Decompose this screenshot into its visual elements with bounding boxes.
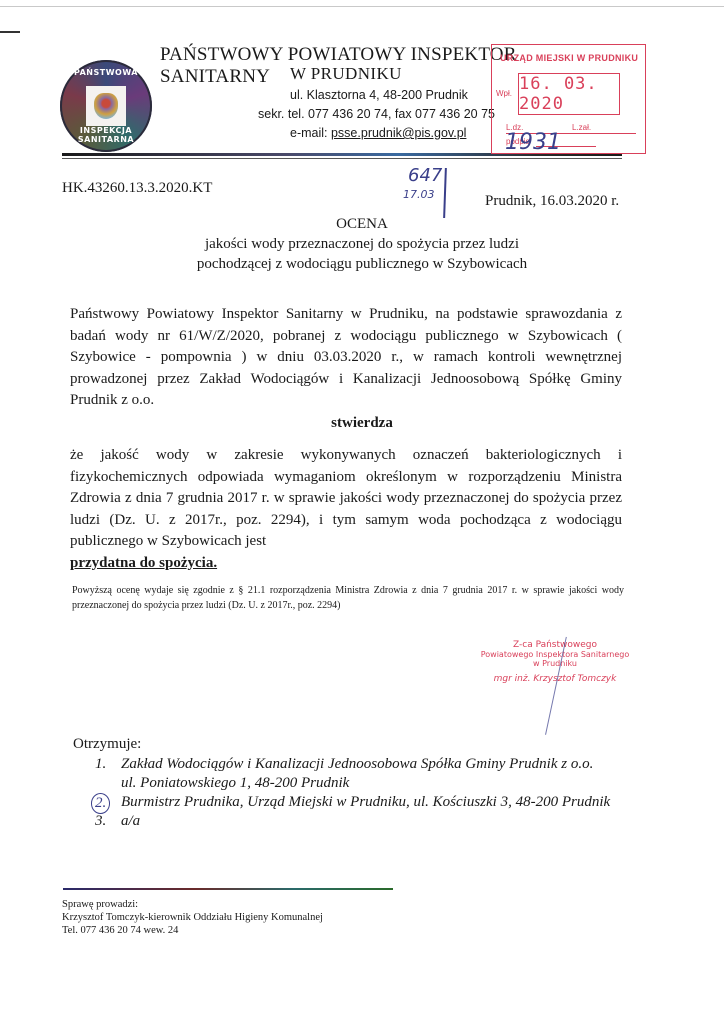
determination-verb: stwierdza xyxy=(0,415,724,432)
document-title: OCENA xyxy=(0,216,724,233)
signature-stamp: Z-ca Państwowego Powiatowego Inspektora … xyxy=(470,640,640,684)
handwritten-registry-number: 1931 xyxy=(505,130,561,155)
recipient-address: ul. Poniatowskiego 1, 48-200 Prudnik xyxy=(121,775,349,791)
place-date: Prudnik, 16.03.2020 r. xyxy=(485,193,619,210)
institution-subtitle: W PRUDNIKU xyxy=(290,64,402,84)
sanitary-inspection-logo: PAŃSTWOWA INSPEKCJA SANITARNA xyxy=(60,60,152,152)
stamp-date: 16. 03. 2020 xyxy=(518,73,620,115)
handwritten-number: 647 xyxy=(408,165,442,186)
logo-top-text: PAŃSTWOWA xyxy=(60,68,152,77)
body-paragraph-2: że jakość wody w zakresie wykonywanych o… xyxy=(70,445,622,574)
email-link[interactable]: psse.prudnik@pis.gov.pl xyxy=(331,126,466,140)
handwritten-date: 17.03 xyxy=(403,188,435,201)
recipients-list: 1. Zakład Wodociągów i Kanalizacji Jedno… xyxy=(95,755,610,831)
signature-line-2: Powiatowego Inspektora Sanitarnego xyxy=(470,650,640,659)
recipient-text: a/a xyxy=(121,813,140,829)
recipient-number-circled: 2. xyxy=(91,793,110,814)
recipient-item: 2. Burmistrz Prudnika, Urząd Miejski w P… xyxy=(95,793,610,812)
footer-divider xyxy=(63,888,393,890)
institution-email: e-mail: psse.prudnik@pis.gov.pl xyxy=(290,126,466,140)
header-divider-thin xyxy=(62,158,622,159)
recipient-number: 1. xyxy=(95,755,106,774)
recipients-label: Otrzymuje: xyxy=(73,736,141,753)
footer-label: Sprawę prowadzi: xyxy=(62,898,323,911)
recipient-text: Burmistrz Prudnika, Urząd Miejski w Prud… xyxy=(121,794,610,810)
recipient-item: 1. Zakład Wodociągów i Kanalizacji Jedno… xyxy=(95,755,610,793)
handwritten-stroke xyxy=(443,168,446,218)
fold-mark xyxy=(0,31,20,33)
eagle-emblem-icon xyxy=(94,93,118,119)
reference-number: HK.43260.13.3.2020.KT xyxy=(62,180,212,197)
stamp-lzal-label: L.zał. xyxy=(572,123,591,132)
scan-edge-line xyxy=(0,6,724,7)
verdict: przydatna do spożycia. xyxy=(70,555,217,571)
signature-line-1: Z-ca Państwowego xyxy=(470,640,640,650)
findings-text: że jakość wody w zakresie wykonywanych o… xyxy=(70,447,622,549)
recipient-number: 3. xyxy=(95,812,106,831)
institution-address: ul. Klasztorna 4, 48-200 Prudnik xyxy=(290,88,468,102)
signature-line-3: w Prudniku xyxy=(470,659,640,668)
body-paragraph-1: Państwowy Powiatowy Inspektor Sanitarny … xyxy=(70,304,622,412)
recipient-text: Zakład Wodociągów i Kanalizacji Jednooso… xyxy=(121,756,593,772)
logo-bottom-text: INSPEKCJA SANITARNA xyxy=(60,126,152,144)
institution-phone-fax: sekr. tel. 077 436 20 74, fax 077 436 20… xyxy=(258,107,495,121)
document-subtitle-1: jakości wody przeznaczonej do spożycia p… xyxy=(0,236,724,253)
case-handler-footer: Sprawę prowadzi: Krzysztof Tomczyk-kiero… xyxy=(62,898,323,937)
footer-phone: Tel. 077 436 20 74 wew. 24 xyxy=(62,924,323,937)
stamp-office: URZĄD MIEJSKI W PRUDNIKU xyxy=(500,53,638,63)
stamp-wpl-label: Wpł. xyxy=(496,89,512,98)
recipient-item: 3. a/a xyxy=(95,812,610,831)
document-subtitle-2: pochodzącej z wodociągu publicznego w Sz… xyxy=(0,256,724,273)
legal-basis-note: Powyższą ocenę wydaje się zgodnie z § 21… xyxy=(72,584,624,613)
email-label: e-mail: xyxy=(290,126,331,140)
footer-handler: Krzysztof Tomczyk-kierownik Oddziału Hig… xyxy=(62,911,323,924)
